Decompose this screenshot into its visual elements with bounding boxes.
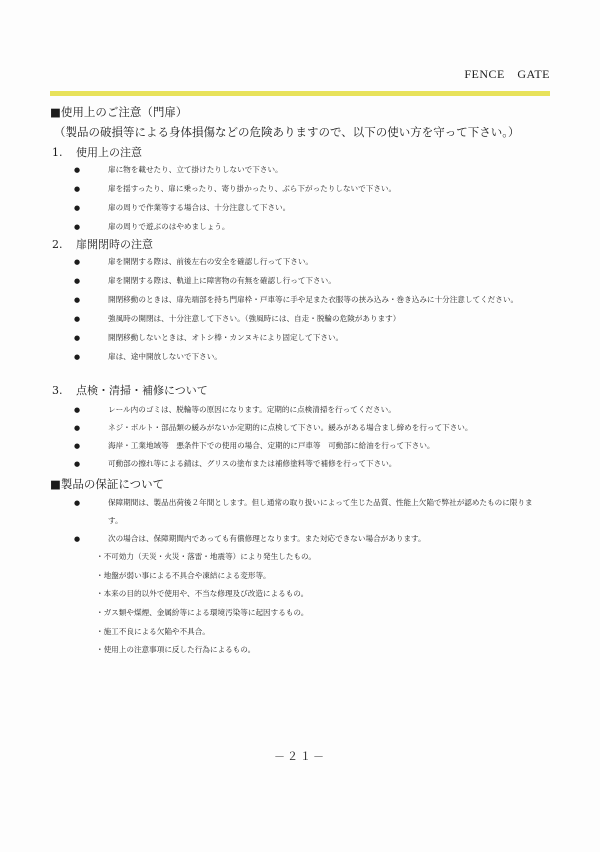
bullet-icon: ● [74,499,108,507]
group-heading-text: 点検・清掃・補修について [76,384,208,397]
group-heading-text: 使用上の注意 [76,146,142,159]
sub-list-item: ・不可効力（天災・火災・落雷・地震等）により発生したもの。 [96,551,316,562]
list-item: ●海岸・工業地域等 悪条件下での使用の場合、定期的に戸車等 可動部に給油を行って… [74,440,435,451]
bullet-icon: ● [74,277,108,285]
page-number: －２１－ [0,748,600,764]
bullet-icon: ● [74,460,108,468]
sub-list-item: ・本来の目的以外で使用や、不当な修理及び改造によるもの。 [96,588,308,599]
group-3-heading: 3.点検・清掃・補修について [52,382,208,398]
group-number: 1. [52,146,76,159]
bullet-icon: ● [74,204,108,212]
list-item: ●扉に物を載せたり、立て掛けたりしないで下さい。 [74,164,283,175]
group-1-heading: 1.使用上の注意 [52,144,142,160]
usage-section-subtitle: （製品の破損等による身体損傷などの危険ありますので、以下の使い方を守って下さい。… [54,124,520,140]
bullet-icon: ● [74,315,108,323]
bullet-icon: ● [74,442,108,450]
list-item: ●扉の周りで作業等する場合は、十分注意して下さい。 [74,202,290,213]
list-item: ●扉を開閉する際は、軌道上に障害物の有無を確認し行って下さい。 [74,275,336,286]
sub-list-item: ・施工不良による欠陥や不具合。 [96,626,210,637]
document-header-title: FENCE GATE [464,65,550,82]
sub-list-item: ・ガス類や煤煙、金属紛等による環境汚染等に起因するもの。 [96,607,308,618]
sub-list-item: ・地盤が弱い事による不具合や凍結による変形等。 [96,570,271,581]
list-item: ●扉を揺すったり、扉に乗ったり、寄り掛かったり、ぶら下がったりしないで下さい。 [74,183,396,194]
list-item: ●扉の周りで遊ぶのはやめましょう。 [74,221,230,232]
list-item: ●扉を開閉する際は、前後左右の安全を確認し行って下さい。 [74,256,313,267]
bullet-icon: ● [74,353,108,361]
list-item: ●保障期間は、製品出荷後２年間とします。但し通常の取り扱いによって生じた品質、性… [74,497,533,508]
bullet-icon: ● [74,223,108,231]
list-item: ●強風時の開閉は、十分注意して下さい。（強風時には、自走・脱輪の危険があります） [74,313,400,324]
bullet-icon: ● [74,406,108,414]
usage-section-title: ■使用上のご注意（門扉） [50,104,187,120]
bullet-icon: ● [74,334,108,342]
list-item: ●開閉移動のときは、扉先端部を持ち門扉枠・戸車等に手や足また衣服等の挟み込み・巻… [74,294,518,305]
group-number: 3. [52,384,76,397]
list-item: ●ネジ・ボルト・部品類の緩みがないか定期的に点検して下さい。緩みがある場合まし締… [74,422,473,433]
bullet-icon: ● [74,424,108,432]
group-2-heading: 2.扉開閉時の注意 [52,236,153,252]
list-item: ●次の場合は、保障期間内であっても有償修理となります。また対応できない場合があり… [74,533,426,544]
list-item: ●扉は、途中開放しないで下さい。 [74,351,222,362]
warranty-section-title: ■製品の保証について [50,476,164,492]
list-item: ●可動部の擦れ等による錆は、グリスの塗布または補修塗料等で補修を行って下さい。 [74,458,396,469]
bullet-icon: ● [74,258,108,266]
bullet-icon: ● [74,185,108,193]
list-item: ●レール内のゴミは、脱輪等の原因になります。定期的に点検清掃を行ってください。 [74,404,396,415]
group-number: 2. [52,238,76,251]
bullet-icon: ● [74,166,108,174]
bullet-icon: ● [74,296,108,304]
bullet-icon: ● [74,535,108,543]
group-heading-text: 扉開閉時の注意 [76,238,153,251]
header-accent-bar [50,91,550,96]
list-item-continuation: す。 [108,515,123,526]
sub-list-item: ・使用上の注意事項に反した行為によるもの。 [96,644,255,655]
list-item: ●開閉移動しないときは、オトシ棒・カンヌキにより固定して下さい。 [74,332,343,343]
